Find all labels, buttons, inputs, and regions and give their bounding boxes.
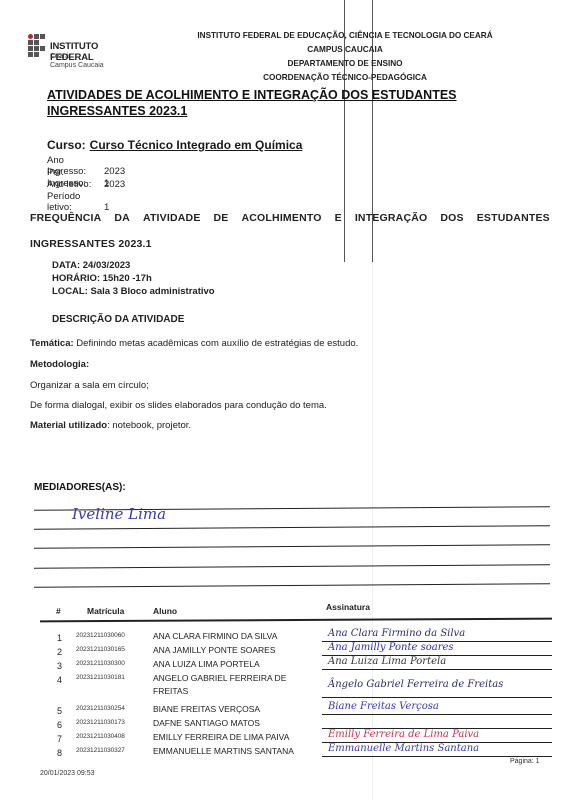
- info-label: Período letivo:: [47, 191, 104, 213]
- course-name: Curso Técnico Integrado em Química: [90, 138, 303, 152]
- row-student-name-cont: FREITAS: [153, 686, 188, 696]
- row-number: 7: [57, 734, 62, 744]
- row-student-name: EMMANUELLE MARTINS SANTANA: [153, 746, 294, 756]
- row-signature: Emilly Ferreira de Lima Paiva: [328, 729, 479, 740]
- logo-state: Ceará: [50, 53, 69, 60]
- col-header-num: #: [56, 606, 61, 616]
- signature-line: [322, 697, 552, 698]
- row-matricula: 20231211030165: [76, 646, 125, 653]
- row-number: 5: [57, 706, 62, 716]
- frequency-heading-line1: FREQUÊNCIADAATIVIDADEDEACOLHIMENTOEINTEG…: [30, 212, 550, 224]
- print-timestamp: 20/01/2023 09:53: [40, 770, 95, 777]
- row-number: 8: [57, 748, 62, 758]
- document-title-line2: INGRESSANTES 2023.1: [47, 104, 187, 118]
- row-signature: Ângelo Gabriel Ferreira de Freitas: [328, 679, 503, 690]
- frequency-heading-word: INTEGRAÇÃO: [355, 212, 428, 224]
- frequency-heading-word: FREQUÊNCIA: [30, 212, 101, 224]
- row-number: 1: [57, 633, 62, 643]
- row-number: 6: [57, 720, 62, 730]
- metodologia-label: Metodologia:: [30, 359, 89, 370]
- mediators-title: MEDIADORES(AS):: [34, 482, 126, 493]
- material-label: Material utilizado: [30, 420, 107, 431]
- row-number: 4: [57, 675, 62, 685]
- row-student-name: ANA CLARA FIRMINO DA SILVA: [153, 631, 277, 641]
- row-matricula: 20231211030300: [76, 660, 125, 667]
- row-number: 2: [57, 647, 62, 657]
- frequency-heading-word: ATIVIDADE: [143, 212, 201, 224]
- info-periodo-letivo: Período letivo:1: [47, 191, 109, 213]
- document-title-line1: ATIVIDADES DE ACOLHIMENTO E INTEGRAÇÃO D…: [47, 88, 457, 102]
- if-logo-icon: [28, 32, 46, 72]
- description-title: DESCRIÇÃO DA ATIVIDADE: [52, 314, 184, 325]
- frequency-heading-word: ESTUDANTES: [477, 212, 550, 224]
- tematica-label: Temática:: [30, 338, 74, 349]
- institution-logo: INSTITUTO FEDERAL Ceará Campus Caucaia: [28, 32, 138, 76]
- table-header-rule: [40, 618, 552, 622]
- metodologia-step-1: Organizar a sala em círculo;: [30, 380, 149, 391]
- col-header-assinatura: Assinatura: [326, 602, 370, 612]
- row-matricula: 20231211030408: [76, 733, 125, 740]
- row-signature: Emmanuelle Martins Santana: [328, 743, 479, 754]
- row-student-name: ANGELO GABRIEL FERREIRA DE: [153, 673, 286, 683]
- course-label: Curso:: [47, 138, 86, 152]
- header-coordination: COORDENAÇÃO TÉCNICO-PEDAGÓGICA: [170, 73, 520, 82]
- activity-date: DATA: 24/03/2023: [52, 260, 130, 271]
- row-signature: Ana Jamilly Ponte soares: [328, 642, 454, 653]
- frequency-heading-line2: INGRESSANTES 2023.1: [30, 238, 152, 250]
- logo-campus: Campus Caucaia: [50, 62, 104, 69]
- frequency-heading-word: E: [335, 212, 342, 224]
- frequency-heading-word: DOS: [440, 212, 463, 224]
- frequency-heading-word: ACOLHIMENTO: [241, 212, 321, 224]
- course-heading: Curso:Curso Técnico Integrado em Química: [47, 138, 302, 152]
- mediator-signature: Iveline Lima: [72, 505, 166, 523]
- tematica-line: Temática: Definindo metas acadêmicas com…: [30, 338, 358, 349]
- tematica-value: Definindo metas acadêmicas com auxílio d…: [74, 338, 359, 349]
- row-signature: Ana Luiza Lima Portela: [328, 656, 446, 667]
- row-student-name: EMILLY FERREIRA DE LIMA PAIVA: [153, 732, 289, 742]
- signature-line: [322, 669, 552, 670]
- page-number: Página: 1: [510, 758, 540, 765]
- signature-line: [322, 714, 552, 715]
- material-value: : notebook, projetor.: [107, 420, 191, 431]
- mediator-line: [34, 583, 550, 588]
- row-matricula: 20231211030060: [76, 632, 125, 639]
- metodologia-step-2: De forma dialogal, exibir os slides elab…: [30, 400, 327, 411]
- row-number: 3: [57, 661, 62, 671]
- mediator-line: [34, 564, 550, 569]
- mediator-line: [34, 544, 550, 549]
- col-header-matricula: Matrícula: [87, 606, 124, 616]
- row-student-name: BIANE FREITAS VERÇOSA: [153, 704, 260, 714]
- activity-time: HORÁRIO: 15h20 -17h: [52, 273, 152, 284]
- row-signature: Biane Freitas Verçosa: [328, 701, 439, 712]
- material-line: Material utilizado: notebook, projetor.: [30, 420, 191, 431]
- row-signature: Ana Clara Firmino da Silva: [328, 628, 465, 639]
- header-institution: INSTITUTO FEDERAL DE EDUCAÇÃO, CIÊNCIA E…: [170, 31, 520, 40]
- mediator-line: [34, 525, 550, 530]
- header-department: DEPARTAMENTO DE ENSINO: [170, 59, 520, 68]
- signature-line: [322, 756, 552, 757]
- frequency-heading-word: DE: [214, 212, 229, 224]
- metodologia-label-text: Metodologia:: [30, 359, 89, 370]
- row-matricula: 20231211030181: [76, 674, 125, 681]
- frequency-heading-word: DA: [114, 212, 130, 224]
- row-student-name: ANA JAMILLY PONTE SOARES: [153, 645, 276, 655]
- row-matricula: 20231211030254: [76, 705, 125, 712]
- col-header-aluno: Aluno: [153, 606, 177, 616]
- header-campus: CAMPUS CAUCAIA: [170, 45, 520, 54]
- info-label: Ano letivo:: [47, 179, 104, 190]
- row-matricula: 20231211030173: [76, 719, 125, 726]
- info-value: 2023: [104, 179, 125, 190]
- info-ano-letivo: Ano letivo:2023: [47, 179, 125, 190]
- row-student-name: DAFNE SANTIAGO MATOS: [153, 718, 260, 728]
- row-matricula: 20231211030327: [76, 747, 125, 754]
- activity-location: LOCAL: Sala 3 Bloco administrativo: [52, 286, 215, 297]
- scan-fold-mark: [372, 262, 373, 800]
- row-student-name: ANA LUIZA LIMA PORTELA: [153, 659, 260, 669]
